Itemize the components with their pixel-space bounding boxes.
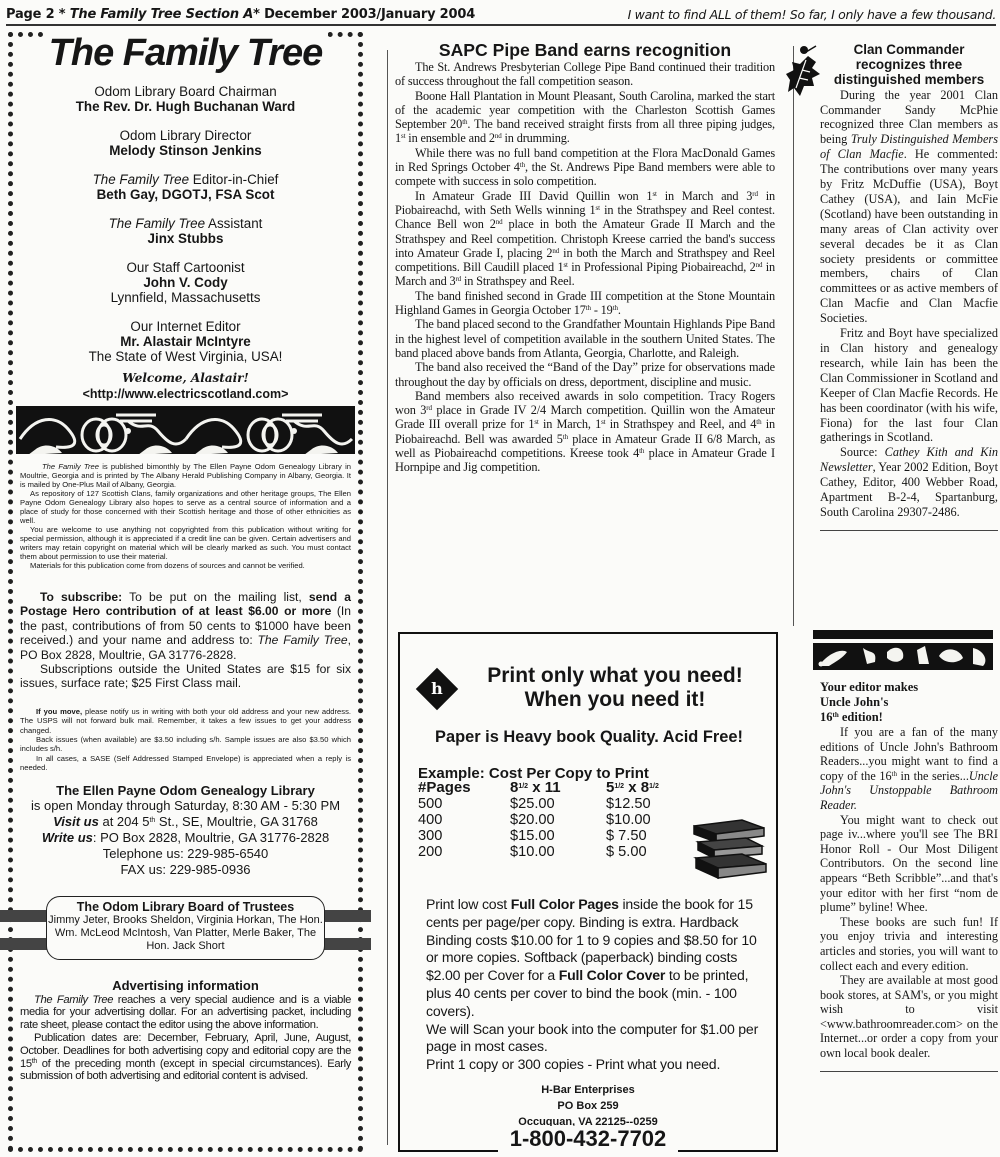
staff-entry: The Family Tree Assistant Jinx Stubbs xyxy=(20,216,351,246)
website-link[interactable]: <http://www.electricscotland.com> xyxy=(20,386,351,402)
staff-entry: Our Internet Editor Mr. Alastair McIntyr… xyxy=(20,319,351,364)
running-header: Page 2 * The Family Tree Section A* Dece… xyxy=(6,4,996,26)
article-headline: Clan Commander recognizes three distingu… xyxy=(820,42,998,88)
decorative-banner-icon xyxy=(813,630,993,670)
table-row: 200$10.00$ 5.00 xyxy=(418,844,659,860)
publication-info: The Family Tree is published bimonthly b… xyxy=(20,462,351,570)
hbar-logo-icon: h xyxy=(416,668,458,710)
column-divider xyxy=(387,50,388,1145)
ad-body: Print low cost Full Color Pages inside t… xyxy=(426,896,766,1074)
advertising-info: Advertising information The Family Tree … xyxy=(20,978,351,1084)
running-header-left: Page 2 * The Family Tree Section A* Dece… xyxy=(6,7,475,22)
book-stack-icon xyxy=(690,816,770,882)
ad-headline: Print only what you need! When you need … xyxy=(462,664,768,712)
hbar-enterprises-ad: h Print only what you need! When you nee… xyxy=(398,632,778,1152)
running-header-tagline: I want to find ALL of them! So far, I on… xyxy=(628,7,996,22)
section-divider xyxy=(820,530,998,531)
article-sapc-pipe-band: SAPC Pipe Band earns recognition The St.… xyxy=(395,40,775,475)
address-change-info: If you move, please notify us in writing… xyxy=(20,707,351,773)
issue-date: December 2003/January 2004 xyxy=(264,7,475,22)
staff-entry: Odom Library Board Chairman The Rev. Dr.… xyxy=(20,84,351,114)
table-row: 300$15.00$ 7.50 xyxy=(418,828,659,844)
table-header-row: #Pages 81/2 x 11 51/2 x 81/2 xyxy=(418,780,659,796)
article-headline: SAPC Pipe Band earns recognition xyxy=(395,40,775,60)
library-contact: The Ellen Payne Odom Genealogy Library i… xyxy=(20,783,351,878)
table-row: 400$20.00$10.00 xyxy=(418,812,659,828)
masthead-title: The Family Tree xyxy=(43,32,329,74)
library-phone: Telephone us: 229-985-6540 xyxy=(20,846,351,862)
staff-list: Odom Library Board Chairman The Rev. Dr.… xyxy=(20,84,351,402)
staff-entry: Our Staff Cartoonist John V. Cody Lynnfi… xyxy=(20,260,351,305)
section-divider xyxy=(820,1071,998,1072)
masthead-column: The Family Tree Odom Library Board Chair… xyxy=(8,32,363,1152)
column-divider xyxy=(793,46,794,626)
article-clan-commander: Clan Commander recognizes three distingu… xyxy=(820,42,998,541)
staff-entry: The Family Tree Editor-in-Chief Beth Gay… xyxy=(20,172,351,202)
welcome-note: Welcome, Alastair! xyxy=(20,370,351,386)
article-headline: Your editor makes Uncle John's 16th edit… xyxy=(820,680,998,725)
article-uncle-john: Your editor makes Uncle John's 16th edit… xyxy=(820,680,998,1082)
ad-company-address: H-Bar Enterprises PO Box 259 Occuquan, V… xyxy=(400,1082,776,1130)
celtic-knot-border-icon xyxy=(16,406,355,454)
library-fax: FAX us: 229-985-0936 xyxy=(20,862,351,878)
table-row: 500$25.00$12.50 xyxy=(418,796,659,812)
publication-name: The Family Tree xyxy=(70,7,182,22)
ad-quality-note: Paper is Heavy book Quality. Acid Free! xyxy=(410,728,768,747)
staff-entry: Odom Library Director Melody Stinson Jen… xyxy=(20,128,351,158)
ad-phone-number[interactable]: 1-800-432-7702 xyxy=(400,1128,776,1150)
section-name: Section A xyxy=(186,7,254,22)
trustees-box: The Odom Library Board of Trustees Jimmy… xyxy=(0,896,371,960)
page-number: Page 2 xyxy=(6,7,54,22)
print-cost-table: #Pages 81/2 x 11 51/2 x 81/2 500$25.00$1… xyxy=(418,780,659,860)
subscribe-info: To subscribe: To be put on the mailing l… xyxy=(20,590,351,691)
